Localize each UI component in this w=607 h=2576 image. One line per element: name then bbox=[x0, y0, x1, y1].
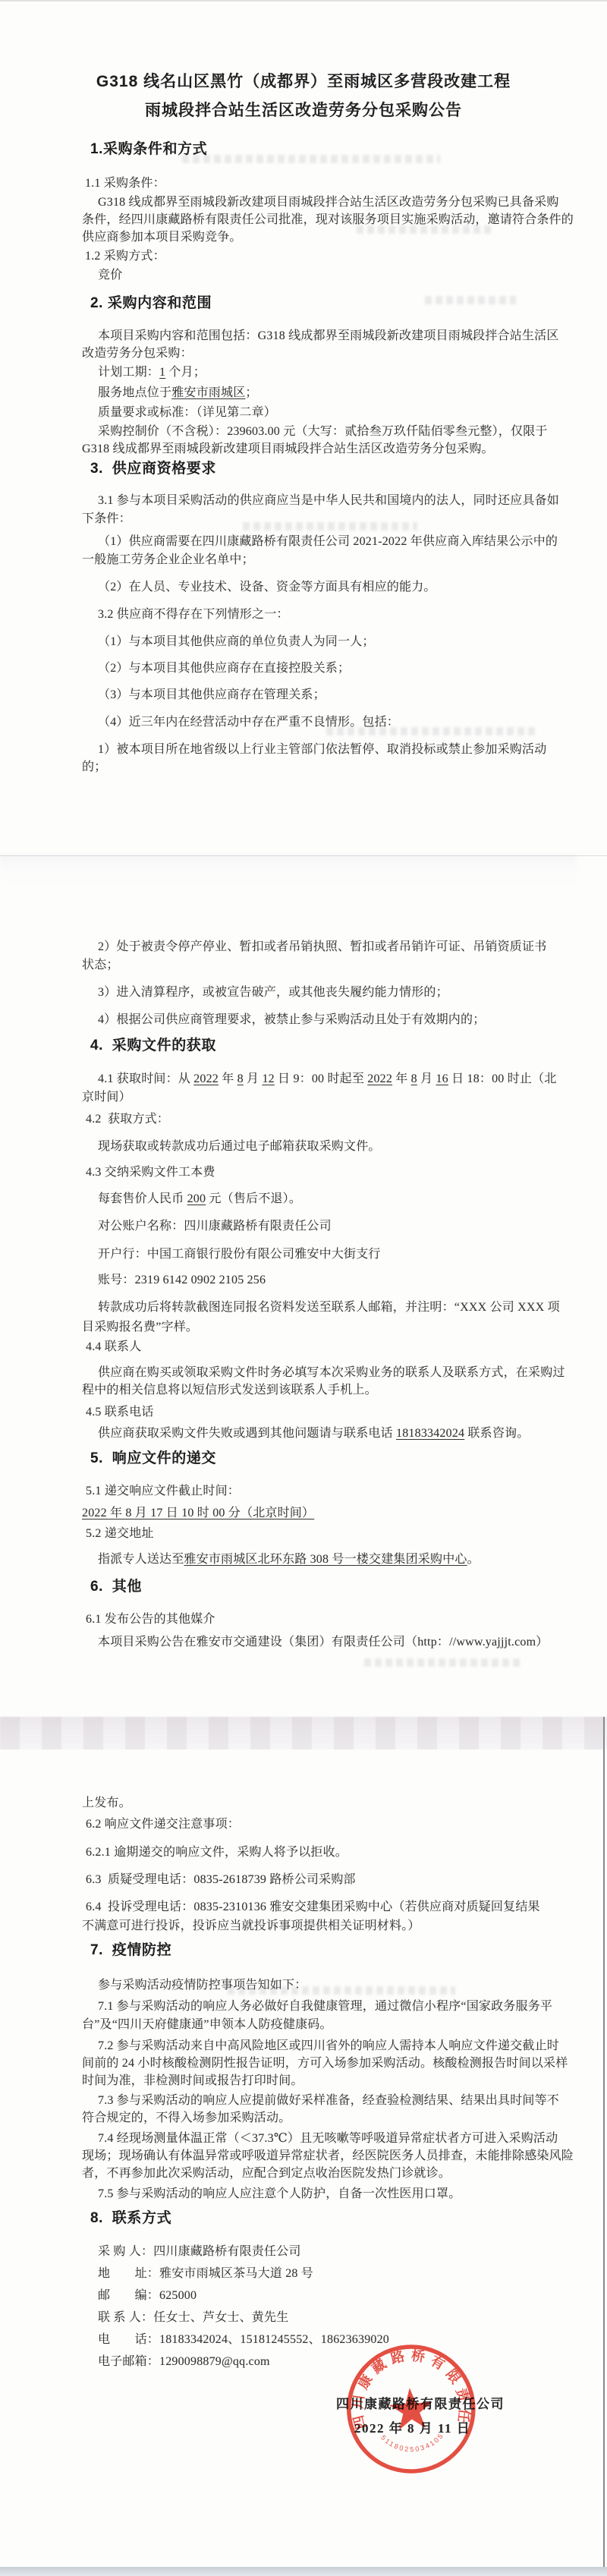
contact-address: 地 址：雅安市雨城区茶马大道 28 号 bbox=[98, 2265, 313, 2282]
doc-line: 竞价 bbox=[98, 266, 122, 284]
text-segment: 4）根据公司供应商管理要求，被禁止参与采购活动且处于有效期内的； bbox=[98, 1013, 485, 1026]
doc-line: （3）与本项目其他供应商存在管理关系； bbox=[98, 686, 326, 704]
seal-star-icon bbox=[388, 2386, 434, 2430]
seal-graphic: 四川康藏路桥有限责任公司 5118025034105 bbox=[338, 2338, 485, 2485]
doc-line: 供应商参加本项目采购竞争。 bbox=[82, 228, 242, 246]
text-segment: 4.3 交纳采购文件工本费 bbox=[86, 1166, 215, 1179]
section-5-heading: 5. 响应文件的递交 bbox=[90, 1450, 216, 1467]
doc-line: 4）根据公司供应商管理要求，被禁止参与采购活动且处于有效期内的； bbox=[98, 1011, 485, 1028]
doc-line: 间前的 24 小时核酸检测阴性报告证明，方可入场参加采购活动。核酸检测报告时间以… bbox=[82, 2055, 568, 2072]
text-segment: 月 bbox=[244, 1072, 263, 1085]
text-segment: 3. 供应商资格要求 bbox=[90, 461, 216, 477]
text-segment: 邮 编：625000 bbox=[98, 2289, 197, 2302]
text-segment: 竞价 bbox=[98, 269, 122, 282]
page-break-shadow bbox=[0, 1717, 607, 1749]
doc-line: 6.1 发布公告的其他媒介 bbox=[86, 1611, 215, 1628]
section-7-heading: 7. 疫情防控 bbox=[90, 1941, 171, 1959]
scan-top-edge bbox=[0, 0, 607, 2]
doc-line: 者，不再参加此次采购活动，应配合到定点收治医院发热门诊就诊。 bbox=[82, 2165, 451, 2182]
text-segment: 采 购 人：四川康藏路桥有限责任公司 bbox=[98, 2245, 301, 2258]
section-2-heading: 2. 采购内容和范围 bbox=[90, 294, 212, 312]
text-segment: 指派专人送达至 bbox=[98, 1553, 184, 1566]
underlined-text: 16 bbox=[436, 1072, 448, 1085]
text-segment: 7.5 参与采购活动的响应人应注意个人防护，自备一次性医用口罩。 bbox=[98, 2187, 461, 2200]
underlined-text: 2022 bbox=[193, 1072, 219, 1085]
text-segment: 4.1 获取时间：从 bbox=[98, 1072, 193, 1085]
text-segment: 7.3 参与采购活动的响应人应提前做好采样准备，经查验检测结果、结果出具时间等不 bbox=[98, 2094, 559, 2107]
doc-line: 3）进入清算程序，或被宣告破产，或其他丧失履约能力情形的； bbox=[98, 984, 448, 1001]
doc-line: 一般施工劳务企业企业名单中； bbox=[82, 551, 254, 568]
bleed-through-artifact bbox=[243, 522, 417, 531]
underlined-text: 雅安市雨城区北环东路 308 号一楼交建集团采购中心 bbox=[184, 1553, 467, 1566]
doc-line: 3.1 参与本项目采购活动的供应商应当是中华人民共和国境内的法人，同时还应具备如 bbox=[98, 492, 559, 509]
text-segment: 供应商在购买或领取采购文件时务必填写本次采购业务的联系人及联系方式，在采购过 bbox=[98, 1366, 565, 1379]
text-segment: （1）与本项目其他供应商的单位负责人为同一人； bbox=[98, 635, 375, 648]
text-segment: （2）与本项目其他供应商存在直接控股关系； bbox=[98, 662, 350, 675]
text-segment: 1）被本项目所在地省级以上行业主管部门依法暂停、取消投标或禁止参加采购活动 bbox=[98, 743, 546, 756]
bleed-through-artifact bbox=[182, 155, 440, 163]
text-segment: 6.2 响应文件递交注意事项： bbox=[86, 1818, 240, 1831]
text-segment: G318 线成都界至雨城段新改建项目雨城段拌合站生活区改造劳务分包采购。 bbox=[82, 442, 494, 455]
text-segment: 程中的相关信息将以短信形式发送到该联系人手机上。 bbox=[82, 1384, 377, 1397]
text-segment: 4.2 获取方式： bbox=[86, 1113, 169, 1126]
doc-line: 4.1 获取时间：从 2022 年 8 月 12 日 9：00 时起至 2022… bbox=[98, 1070, 557, 1088]
text-segment: 台”及“四川天府健康通”申领本人防疫健康码。 bbox=[82, 2018, 332, 2031]
text-segment: 5.1 递交响应文件截止时间： bbox=[86, 1485, 240, 1497]
text-segment: 改造劳务分包采购： bbox=[82, 347, 193, 360]
text-segment: 供应商获取采购文件失败或遇到其他问题请与联系电话 bbox=[98, 1427, 396, 1440]
doc-line: 6.2.1 逾期递交的响应文件，采购人将予以拒收。 bbox=[86, 1844, 348, 1861]
doc-line: （1）供应商需要在四川康藏路桥有限责任公司 2021-2022 年供应商入库结果… bbox=[98, 533, 558, 550]
text-segment: 月 bbox=[417, 1072, 436, 1085]
text-segment: 年 bbox=[219, 1072, 237, 1085]
text-segment: 符合规定的，不得入场参加采购活动。 bbox=[82, 2112, 291, 2124]
doc-line: 4.3 交纳采购文件工本费 bbox=[86, 1164, 215, 1181]
text-segment: G318 线成都界至雨城段新改建项目雨城段拌合站生活区改造劳务分包采购已具备采购 bbox=[98, 196, 559, 209]
text-segment: 6. 其他 bbox=[90, 1579, 142, 1595]
text-segment: 转款成功后将转款截图连同报名资料发送至联系人邮箱，并注明：“XXX 公司 XXX… bbox=[98, 1301, 560, 1314]
doc-line: 1.1 采购条件： bbox=[85, 175, 165, 192]
doc-line: 2022 年 8 月 17 日 10 时 00 分（北京时间） bbox=[82, 1504, 314, 1522]
text-segment: 的； bbox=[82, 761, 106, 773]
text-segment: 8. 联系方式 bbox=[90, 2210, 171, 2226]
underlined-text: 18183342024 bbox=[396, 1427, 464, 1440]
doc-line: （2）在人员、专业技术、设备、资金等方面具有相应的能力。 bbox=[98, 578, 436, 596]
text-segment: （3）与本项目其他供应商存在管理关系； bbox=[98, 688, 326, 701]
text-segment: 6.1 发布公告的其他媒介 bbox=[86, 1613, 215, 1626]
doc-line: 4.5 联系电话 bbox=[86, 1403, 154, 1421]
doc-line: 账号：2319 6142 0902 2105 256 bbox=[98, 1271, 266, 1289]
text-segment: 供应商参加本项目采购竞争。 bbox=[82, 231, 242, 244]
doc-line: 7.3 参与采购活动的响应人应提前做好采样准备，经查验检测结果、结果出具时间等不 bbox=[98, 2092, 559, 2109]
doc-line: 每套售价人民币 200 元（售后不退）。 bbox=[98, 1190, 301, 1208]
scan-right-edge bbox=[603, 1717, 605, 2571]
doc-line: 程中的相关信息将以短信形式发送到该联系人手机上。 bbox=[82, 1381, 377, 1399]
text-segment: 雨城段拌合站生活区改造劳务分包采购公告 bbox=[145, 102, 462, 119]
page-break-shadow bbox=[0, 855, 577, 885]
doc-line: 6.3 质疑受理电话：0835-2618739 路桥公司采购部 bbox=[86, 1871, 356, 1888]
doc-line: 计划工期：1 个月； bbox=[98, 364, 206, 381]
text-segment: 每套售价人民币 bbox=[98, 1192, 187, 1205]
text-segment: 日 18：00 时止（北 bbox=[448, 1072, 557, 1085]
doc-line: 转款成功后将转款截图连同报名资料发送至联系人邮箱，并注明：“XXX 公司 XXX… bbox=[98, 1299, 560, 1316]
underlined-text: 8 bbox=[411, 1072, 417, 1085]
contact-purchaser: 采 购 人：四川康藏路桥有限责任公司 bbox=[98, 2243, 301, 2260]
text-segment: 联 系 人：任女士、芦女士、黄先生 bbox=[98, 2311, 288, 2324]
doc-line: 开户行：中国工商银行股份有限公司雅安中大街支行 bbox=[98, 1245, 381, 1263]
doc-line: 服务地点位于雅安市雨城区； bbox=[98, 384, 258, 402]
doc-line: 京时间） bbox=[82, 1088, 131, 1106]
text-segment: 上发布。 bbox=[82, 1797, 131, 1809]
underlined-text: 1 bbox=[159, 366, 165, 379]
text-segment: 4.5 联系电话 bbox=[86, 1406, 154, 1419]
announcement-document: G318 线名山区黑竹（成都界）至雨城区多营段改建工程雨城段拌合站生活区改造劳务… bbox=[0, 0, 607, 2576]
text-segment: （1）供应商需要在四川康藏路桥有限责任公司 2021-2022 年供应商入库结果… bbox=[98, 535, 558, 548]
text-segment: 5. 响应文件的递交 bbox=[90, 1450, 216, 1466]
doc-line: 6.2 响应文件递交注意事项： bbox=[86, 1815, 240, 1833]
underlined-text: 12 bbox=[262, 1072, 274, 1085]
doc-line: 本项目采购公告在雅安市交通建设（集团）有限责任公司（http：//www.yaj… bbox=[98, 1633, 548, 1651]
text-segment: 一般施工劳务企业企业名单中； bbox=[82, 553, 254, 566]
text-segment: 。 bbox=[467, 1553, 480, 1566]
text-segment: 目采购报名费”字样。 bbox=[82, 1321, 198, 1334]
doc-line: 5.2 递交地址 bbox=[86, 1525, 154, 1542]
doc-line: 指派专人送达至雅安市雨城区北环东路 308 号一楼交建集团采购中心。 bbox=[98, 1551, 480, 1568]
bleed-through-artifact bbox=[364, 1658, 524, 1667]
doc-line: 供应商获取采购文件失败或遇到其他问题请与联系电话 18183342024 联系咨… bbox=[98, 1425, 529, 1442]
text-segment: 6.2.1 逾期递交的响应文件，采购人将予以拒收。 bbox=[86, 1846, 348, 1859]
text-segment: 账号：2319 6142 0902 2105 256 bbox=[98, 1274, 266, 1286]
bleed-through-artifact bbox=[326, 727, 539, 735]
page-break-line bbox=[0, 855, 607, 856]
doc-line: 时间为准，非检测时间或报告打印时间。 bbox=[82, 2072, 303, 2089]
text-segment: 京时间） bbox=[82, 1091, 131, 1104]
doc-line: 质量要求或标准：（详见第二章） bbox=[98, 404, 276, 421]
section-3-heading: 3. 供应商资格要求 bbox=[90, 460, 216, 477]
text-segment: 6.4 投诉受理电话：0835-2310136 雅安交建集团采购中心（若供应商对… bbox=[86, 1901, 540, 1913]
text-segment: 7. 疫情防控 bbox=[90, 1942, 171, 1958]
doc-line: 上发布。 bbox=[82, 1794, 131, 1812]
text-segment: 3.2 供应商不得存在下列情形之一： bbox=[98, 608, 289, 621]
text-segment: 日 9：00 时起至 bbox=[275, 1072, 367, 1085]
text-segment: 7.4 经现场测量体温正常（＜37.3℃）且无咳嗽等呼吸道异常症状者方可进入采购… bbox=[98, 2132, 558, 2145]
text-segment: 现场获取或转款成功后通过电子邮箱获取采购文件。 bbox=[98, 1140, 381, 1153]
underlined-text: 2022 年 8 月 17 日 10 时 00 分（北京时间） bbox=[82, 1507, 314, 1519]
text-segment: 采购控制价（不含税）：239603.00 元（大写：贰拾叁万玖仟陆佰零叁元整），… bbox=[98, 425, 548, 438]
text-segment: 个月； bbox=[165, 366, 206, 379]
section-8-heading: 8. 联系方式 bbox=[90, 2209, 171, 2227]
text-segment: 计划工期： bbox=[98, 366, 159, 379]
doc-line: 7.2 参与采购活动来自中高风险地区或四川省外的响应人需持本人响应文件递交截止时 bbox=[98, 2037, 559, 2055]
bleed-through-artifact bbox=[357, 225, 493, 234]
contact-person: 联 系 人：任女士、芦女士、黄先生 bbox=[98, 2309, 288, 2326]
doc-line: 2）处于被责令停产停业、暂扣或者吊销执照、暂扣或者吊销许可证、吊销资质证书 bbox=[98, 938, 546, 956]
text-segment: 时间为准，非检测时间或报告打印时间。 bbox=[82, 2074, 303, 2087]
doc-line: 4.2 获取方式： bbox=[86, 1110, 169, 1128]
doc-line: 不满意可进行投诉，投诉应当就投诉事项提供相关证明材料。） bbox=[82, 1917, 420, 1935]
underlined-text: 雅安市雨城区 bbox=[171, 386, 245, 399]
text-segment: 下条件： bbox=[82, 512, 131, 525]
text-segment: 2）处于被责令停产停业、暂扣或者吊销执照、暂扣或者吊销许可证、吊销资质证书 bbox=[98, 940, 546, 953]
announcement-title-line1: G318 线名山区黑竹（成都界）至雨城区多营段改建工程 bbox=[0, 73, 607, 90]
doc-line: 下条件： bbox=[82, 510, 131, 527]
text-segment: 4.4 联系人 bbox=[86, 1340, 141, 1353]
doc-line: （2）与本项目其他供应商存在直接控股关系； bbox=[98, 660, 350, 677]
doc-line: 供应商在购买或领取采购文件时务必填写本次采购业务的联系人及联系方式，在采购过 bbox=[98, 1364, 565, 1381]
doc-line: 符合规定的，不得入场参加采购活动。 bbox=[82, 2109, 291, 2127]
text-segment: 年 bbox=[392, 1072, 411, 1085]
contact-postcode: 邮 编：625000 bbox=[98, 2287, 197, 2304]
doc-line: 7.5 参与采购活动的响应人应注意个人防护，自备一次性医用口罩。 bbox=[98, 2185, 461, 2203]
doc-line: G318 线成都界至雨城段新改建项目雨城段拌合站生活区改造劳务分包采购。 bbox=[82, 440, 494, 458]
bleed-through-artifact bbox=[425, 296, 516, 304]
bleed-through-artifact bbox=[228, 1986, 455, 1995]
text-segment: （2）在人员、专业技术、设备、资金等方面具有相应的能力。 bbox=[98, 581, 436, 594]
doc-line: 对公账户名称：四川康藏路桥有限责任公司 bbox=[98, 1217, 332, 1235]
text-segment: 本项目采购公告在雅安市交通建设（集团）有限责任公司（http：//www.yaj… bbox=[98, 1636, 548, 1649]
contact-phone: 电 话：18183342024、15181245552、18623639020 bbox=[98, 2331, 389, 2348]
text-segment: 7.2 参与采购活动来自中高风险地区或四川省外的响应人需持本人响应文件递交截止时 bbox=[98, 2039, 559, 2052]
doc-line: G318 线成都界至雨城段新改建项目雨城段拌合站生活区改造劳务分包采购已具备采购 bbox=[98, 194, 559, 211]
text-segment: 1.2 采购方式： bbox=[85, 250, 165, 263]
text-segment: 质量要求或标准：（详见第二章） bbox=[98, 406, 276, 419]
announcement-title-line2: 雨城段拌合站生活区改造劳务分包采购公告 bbox=[0, 102, 607, 119]
underlined-text: 2022 bbox=[367, 1072, 392, 1085]
text-segment: 元（售后不退）。 bbox=[206, 1192, 301, 1205]
doc-line: 6.4 投诉受理电话：0835-2310136 雅安交建集团采购中心（若供应商对… bbox=[86, 1898, 540, 1916]
text-segment: ； bbox=[245, 386, 257, 399]
doc-line: 1.2 采购方式： bbox=[85, 247, 165, 265]
doc-line: 改造劳务分包采购： bbox=[82, 345, 193, 362]
doc-line: 台”及“四川天府健康通”申领本人防疫健康码。 bbox=[82, 2016, 332, 2033]
text-segment: 不满意可进行投诉，投诉应当就投诉事项提供相关证明材料。） bbox=[82, 1919, 420, 1932]
doc-line: （1）与本项目其他供应商的单位负责人为同一人； bbox=[98, 633, 375, 650]
seal-serial-number: 5118025034105 bbox=[379, 2430, 447, 2455]
text-segment: 现场；现场确认有体温异常或呼吸道异常症状者，经医院医务人员排查，未能排除感染风险 bbox=[82, 2149, 574, 2162]
text-segment: 本项目采购内容和范围包括：G318 线成都界至雨城段新改建项目雨城段拌合站生活区 bbox=[98, 329, 559, 342]
doc-line: 现场；现场确认有体温异常或呼吸道异常症状者，经医院医务人员排查，未能排除感染风险 bbox=[82, 2147, 574, 2165]
doc-line: 3.2 供应商不得存在下列情形之一： bbox=[98, 606, 289, 623]
doc-line: 7.1 参与采购活动的响应人务必做好自我健康管理，通过微信小程序“国家政务服务平 bbox=[98, 1998, 552, 2015]
text-segment: 7.1 参与采购活动的响应人务必做好自我健康管理，通过微信小程序“国家政务服务平 bbox=[98, 2000, 552, 2013]
doc-line: 条件，经四川康藏路桥有限责任公司批准，现对该服务项目实施采购活动，邀请符合条件的 bbox=[82, 211, 574, 228]
doc-line: 采购控制价（不含税）：239603.00 元（大写：贰拾叁万玖仟陆佰零叁元整），… bbox=[98, 423, 548, 440]
doc-line: 现场获取或转款成功后通过电子邮箱获取采购文件。 bbox=[98, 1138, 381, 1155]
doc-line: 状态； bbox=[82, 956, 119, 974]
text-segment: 者，不再参加此次采购活动，应配合到定点收治医院发热门诊就诊。 bbox=[82, 2167, 451, 2180]
text-segment: 4. 采购文件的获取 bbox=[90, 1038, 216, 1053]
text-segment: 对公账户名称：四川康藏路桥有限责任公司 bbox=[98, 1220, 332, 1233]
section-6-heading: 6. 其他 bbox=[90, 1578, 142, 1595]
underlined-text: 8 bbox=[237, 1072, 244, 1085]
text-segment: 3.1 参与本项目采购活动的供应商应当是中华人民共和国境内的法人，同时还应具备如 bbox=[98, 494, 559, 507]
text-segment: G318 线名山区黑竹（成都界）至雨城区多营段改建工程 bbox=[96, 73, 511, 90]
contact-email: 电子邮箱：1290098879@qq.com bbox=[98, 2353, 270, 2370]
doc-line: 的； bbox=[82, 758, 106, 776]
doc-line: 目采购报名费”字样。 bbox=[82, 1318, 198, 1336]
text-segment: 5.2 递交地址 bbox=[86, 1527, 154, 1540]
text-segment: 条件，经四川康藏路桥有限责任公司批准，现对该服务项目实施采购活动，邀请符合条件的 bbox=[82, 213, 574, 226]
doc-line: 7.4 经现场测量体温正常（＜37.3℃）且无咳嗽等呼吸道异常症状者方可进入采购… bbox=[98, 2130, 558, 2147]
text-segment: 电 话：18183342024、15181245552、18623639020 bbox=[98, 2333, 389, 2346]
doc-line: 4.4 联系人 bbox=[86, 1338, 141, 1356]
text-segment: 状态； bbox=[82, 959, 119, 972]
doc-line: 本项目采购内容和范围包括：G318 线成都界至雨城段新改建项目雨城段拌合站生活区 bbox=[98, 327, 559, 345]
text-segment: 间前的 24 小时核酸检测阴性报告证明，方可入场参加采购活动。核酸检测报告时间以… bbox=[82, 2057, 568, 2070]
company-seal-stamp: 四川康藏路桥有限责任公司 5118025034105 bbox=[338, 2338, 485, 2485]
text-segment: 3）进入清算程序，或被宣告破产，或其他丧失履约能力情形的； bbox=[98, 986, 448, 999]
scan-bottom-edge bbox=[0, 2567, 607, 2576]
text-segment: 联系咨询。 bbox=[464, 1427, 529, 1440]
text-segment: 6.3 质疑受理电话：0835-2618739 路桥公司采购部 bbox=[86, 1873, 356, 1886]
doc-line: 1）被本项目所在地省级以上行业主管部门依法暂停、取消投标或禁止参加采购活动 bbox=[98, 741, 546, 758]
text-segment: 2. 采购内容和范围 bbox=[90, 295, 212, 311]
text-segment: 服务地点位于 bbox=[98, 386, 171, 399]
text-segment: 地 址：雅安市雨城区茶马大道 28 号 bbox=[98, 2267, 313, 2280]
text-segment: 1.1 采购条件： bbox=[85, 177, 165, 190]
text-segment: 电子邮箱：1290098879@qq.com bbox=[98, 2355, 270, 2368]
text-segment: 开户行：中国工商银行股份有限公司雅安中大街支行 bbox=[98, 1248, 381, 1261]
section-4-heading: 4. 采购文件的获取 bbox=[90, 1037, 216, 1054]
underlined-text: 200 bbox=[187, 1192, 206, 1205]
doc-line: 5.1 递交响应文件截止时间： bbox=[86, 1482, 240, 1500]
